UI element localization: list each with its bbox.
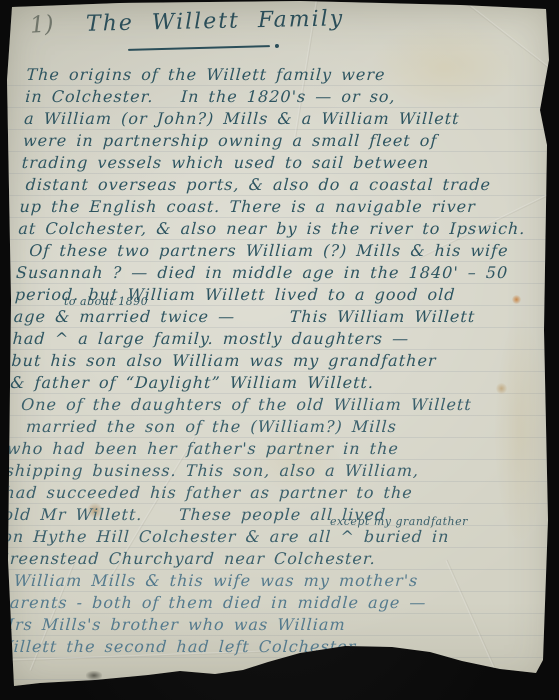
- manuscript-line: in Colchester. In the 1820's — or so,: [25, 86, 548, 108]
- manuscript-line: One of the daughters of the old William …: [9, 394, 532, 416]
- manuscript-line: period. but William Willett lived to a g…: [14, 284, 537, 306]
- manuscript-line: had succeeded his father as partner to t…: [4, 482, 527, 504]
- manuscript-line: William Mills & this wife was my mother'…: [0, 570, 522, 592]
- manuscript-line: Susannah ? — died in middle age in the 1…: [15, 262, 538, 284]
- manuscript-line: at Colchester, & also near by is the riv…: [18, 218, 541, 240]
- photo-backdrop: 1) The Willett Family The origins of the…: [0, 0, 559, 700]
- manuscript-line: old Mr Willett. These people all lived: [3, 504, 526, 526]
- manuscript-line: Greenstead Churchyard near Colchester.: [0, 548, 524, 570]
- manuscript-line: The origins of the Willett family were: [26, 64, 549, 86]
- manuscript-line: Mrs Mills's brother who was William: [0, 614, 520, 636]
- manuscript-line: up the English coast. There is a navigab…: [19, 196, 542, 218]
- manuscript-line: were in partnership owning a small fleet…: [22, 130, 545, 152]
- manuscript-line: age & married twice — This William Wille…: [13, 306, 536, 328]
- page-number-mark: 1): [29, 11, 54, 39]
- manuscript-line: Of these two partners William (?) Mills …: [17, 240, 540, 262]
- manuscript-line: on Hythe Hill Colchester & are all ^ bur…: [2, 526, 525, 548]
- page-title: The Willett Family: [86, 6, 345, 36]
- smudge-mark: [86, 671, 102, 680]
- manuscript-body: The origins of the Willett family were i…: [0, 64, 549, 658]
- manuscript-line: but his son also William was my grandfat…: [11, 350, 534, 372]
- manuscript-line: a William (or John?) Mills & a William W…: [24, 108, 547, 130]
- manuscript-line: shipping business. This son, also a Will…: [5, 460, 528, 482]
- manuscript-line: trading vessels which used to sail betwe…: [21, 152, 544, 174]
- manuscript-line: who had been her father's partner in the: [6, 438, 529, 460]
- manuscript-line: married the son of the (William?) Mills: [7, 416, 530, 438]
- manuscript-line: parents - both of them died in middle ag…: [0, 592, 521, 614]
- title-underline: [128, 45, 270, 51]
- manuscript-line: had ^ a large family. mostly daughters —: [12, 328, 535, 350]
- manuscript-line: distant overseas ports, & also do a coas…: [20, 174, 543, 196]
- manuscript-page: 1) The Willett Family The origins of the…: [0, 0, 559, 700]
- manuscript-line: & father of “Daylight” William Willett.: [10, 372, 533, 394]
- manuscript-line: Willett the second had left Colchester: [0, 636, 519, 658]
